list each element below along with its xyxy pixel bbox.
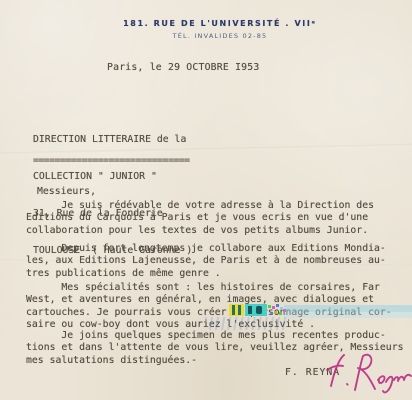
body-paragraph-2: Depuis fort longtemps je collabore aux E… bbox=[26, 243, 408, 280]
letterhead-address: 181. RUE DE L'UNIVERSITÉ . VIIᵉ bbox=[14, 19, 412, 28]
salutation: Messieurs, bbox=[37, 186, 96, 198]
signature-stroke bbox=[378, 376, 385, 383]
signature-stroke bbox=[331, 355, 344, 386]
handwritten-signature bbox=[324, 351, 412, 395]
body-paragraph-1: Je suis rédévable de votre adresse à la … bbox=[26, 200, 408, 237]
letterhead-phone: TÉL. INVALIDES 02-85 bbox=[14, 32, 412, 40]
signature-stroke bbox=[355, 355, 375, 390]
dateline: Paris, le 29 OCTOBRE I953 bbox=[107, 62, 259, 74]
recipient-underline: ============================= bbox=[33, 155, 190, 167]
scanned-letter-page: 181. RUE DE L'UNIVERSITÉ . VIIᵉ TÉL. INV… bbox=[0, 0, 412, 400]
recipient-line: DIRECTION LITTERAIRE de la bbox=[33, 134, 192, 146]
body-paragraph-3: Mes spécialités sont : les histoires de … bbox=[26, 282, 408, 332]
recipient-line: COLLECTION " JUNIOR " bbox=[33, 171, 192, 183]
signature-stroke bbox=[347, 384, 348, 385]
signature-stroke bbox=[394, 375, 411, 381]
